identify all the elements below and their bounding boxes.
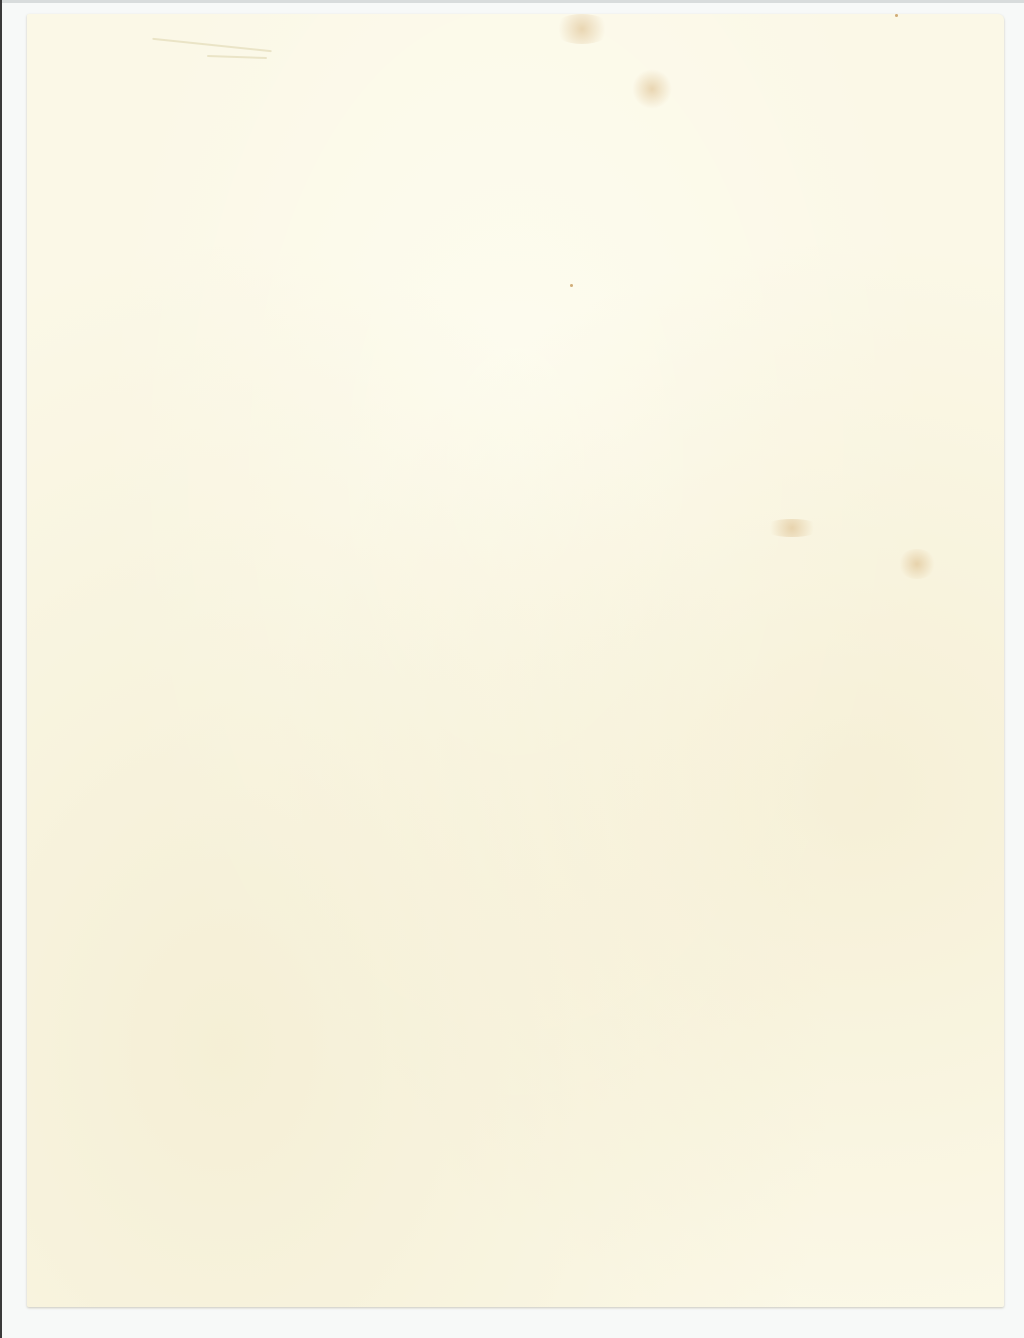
blank-paper-sheet [27, 14, 1004, 1307]
foxing-stain [632, 69, 672, 109]
foxing-speck [570, 284, 573, 287]
foxing-stain [897, 549, 937, 579]
foxing-speck [895, 14, 898, 17]
paper-crease [152, 38, 272, 53]
foxing-stain [762, 519, 822, 537]
scanner-bed-top [0, 0, 1024, 3]
foxing-stain [552, 14, 612, 44]
paper-crease [207, 55, 267, 59]
scanner-edge [0, 0, 2, 1338]
